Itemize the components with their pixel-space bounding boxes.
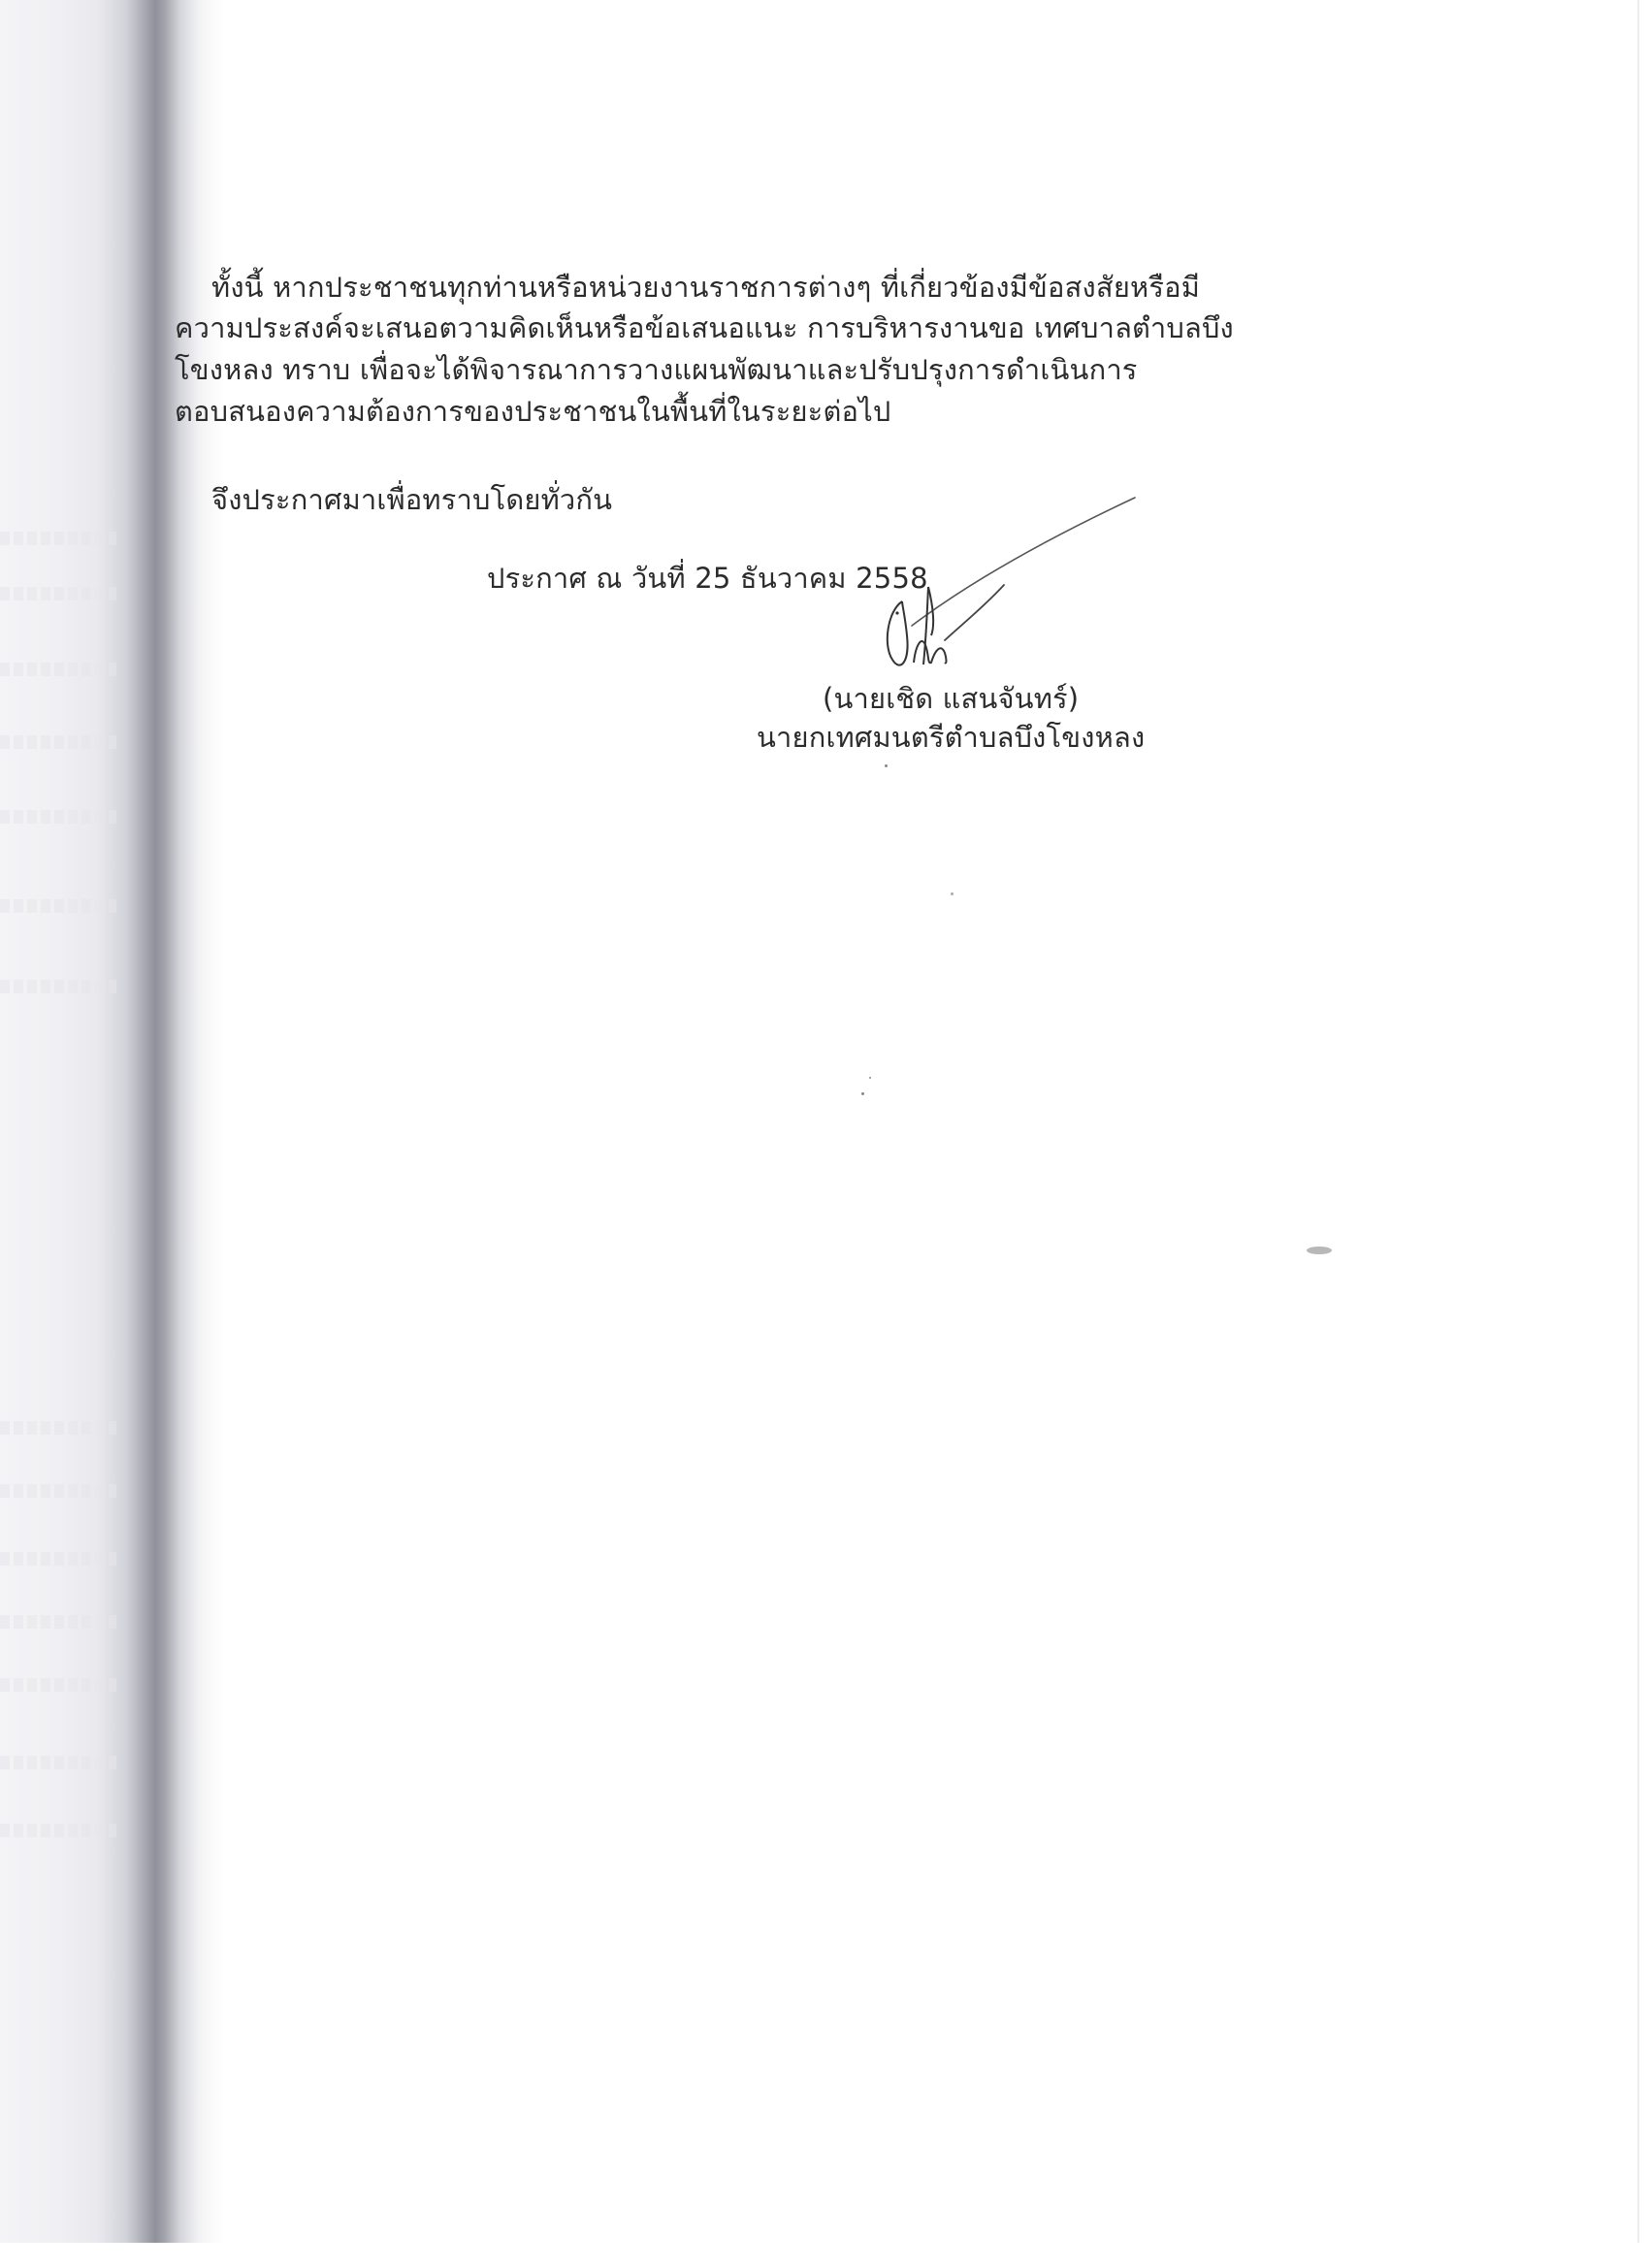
scan-bottom-margin: [0, 2243, 1649, 2268]
bleed-through-mark: [0, 532, 116, 545]
paragraph-line: ความประสงค์จะเสนอตวามคิดเห็นหรือข้อเสนอแ…: [175, 308, 1234, 347]
handwritten-signature-icon: [854, 490, 1164, 684]
bleed-through-mark: [0, 1552, 116, 1566]
bleed-through-mark: [0, 1824, 116, 1837]
bleed-through-mark: [0, 663, 116, 676]
scan-speck: [951, 892, 954, 895]
bleed-through-mark: [0, 899, 116, 913]
bleed-through-mark: [0, 810, 116, 824]
page-right-edge: [1637, 0, 1639, 2243]
bleed-through-mark: [0, 1678, 116, 1692]
bleed-through-mark: [0, 735, 116, 749]
paragraph-line: ทั้งนี้ หากประชาชนทุกท่านหรือหน่วยงานราช…: [211, 268, 1200, 307]
paragraph-line: โขงหลง ทราบ เพื่อจะได้พิจารณาการวางแผนพั…: [175, 350, 1138, 389]
bleed-through-mark: [0, 1421, 116, 1435]
signer-title: นายกเทศมนตรีตำบลบึงโขงหลง: [757, 718, 1145, 757]
scan-speck: [885, 764, 888, 767]
scan-speck: [861, 1092, 864, 1095]
scan-speck: [1307, 1247, 1332, 1254]
bleed-through-mark: [0, 1615, 116, 1629]
scan-speck: [869, 1077, 871, 1079]
bleed-through-mark: [0, 587, 116, 600]
paragraph-line: ตอบสนองความต้องการของประชาชนในพื้นที่ในร…: [175, 392, 891, 431]
scanned-page: ทั้งนี้ หากประชาชนทุกท่านหรือหน่วยงานราช…: [0, 0, 1649, 2243]
bleed-through-mark: [0, 980, 116, 993]
signer-name: (นายเชิด แสนจันทร์): [823, 679, 1079, 718]
bleed-through-mark: [0, 1756, 116, 1769]
closing-statement: จึงประกาศมาเพื่อทราบโดยทั่วกัน: [211, 480, 612, 519]
bleed-through-mark: [0, 1484, 116, 1498]
